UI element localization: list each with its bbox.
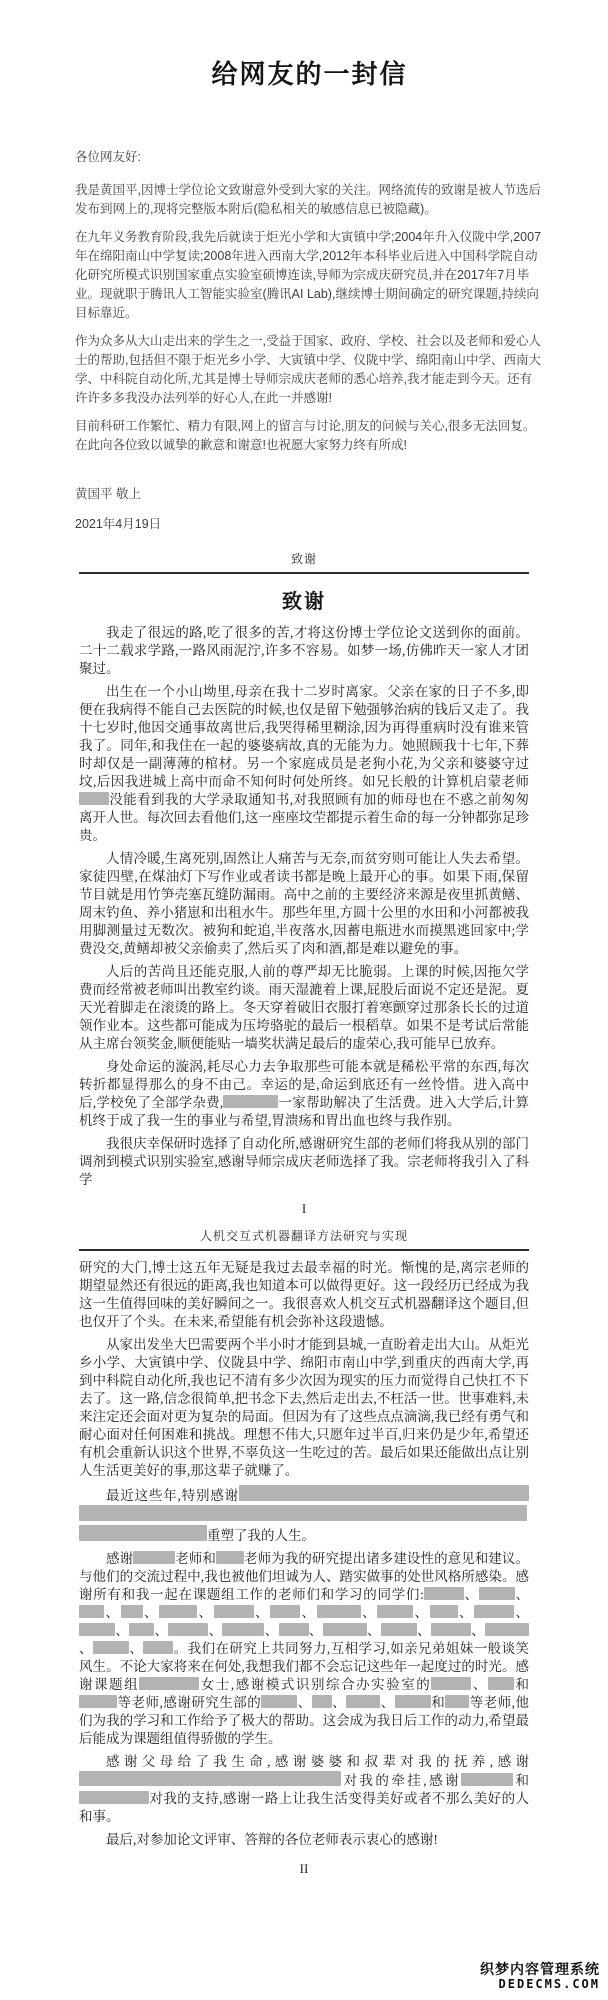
redaction-box (79, 1771, 229, 1786)
paragraph: 身处命运的漩涡,耗尽心力去争取那些可能本就是稀松平常的东西,每次转折都显得那么的… (79, 1058, 529, 1130)
running-header-thesis-title: 人机交互式机器翻译方法研究与实现 (79, 1229, 529, 1251)
redaction-box (79, 1505, 527, 1521)
running-header-acknowledgments: 致谢 (79, 552, 529, 574)
paragraph: 我是黄国平,因博士学位论文致谢意外受到大家的关注。网络流传的致谢是被人节选后发布… (75, 181, 544, 219)
acknowledgments-body-page-1: 我走了很远的路,吃了很多的苦,才将这份博士学位论文送到你的面前。二十二载求学路,… (79, 624, 529, 1189)
redaction-box (395, 1695, 431, 1708)
paragraph: 我很庆幸保研时选择了自动化所,感谢研究生部的老师们将我从别的部门调剂到模式识别实… (79, 1135, 529, 1189)
redaction-box (424, 1587, 464, 1600)
redaction-box (323, 1623, 367, 1636)
redaction-box (431, 1677, 471, 1690)
paragraph: 我走了很远的路,吃了很多的苦,才将这份博士学位论文送到你的面前。二十二载求学路,… (79, 624, 529, 678)
redaction-box (143, 1641, 173, 1654)
redaction-box (377, 1605, 413, 1618)
paragraph: 人情冷暖,生离死别,固然让人痛苦与无奈,而贫穷则可能让人失去希望。家徒四壁,在煤… (79, 850, 529, 958)
redaction-box (381, 1623, 417, 1636)
redaction-box (488, 1677, 514, 1690)
redaction-box (317, 1605, 361, 1618)
redaction-box (214, 1605, 254, 1618)
redaction-box (93, 1641, 129, 1654)
paragraph: 人后的苦尚且还能克服,人前的尊严却无比脆弱。上课的时候,因拖欠学费而经常被老师叫… (79, 963, 529, 1053)
redaction-box (431, 1623, 471, 1636)
paragraph: 最后,对参加论文评审、答辩的各位老师表示衷心的感谢! (79, 1831, 529, 1849)
redaction-box (239, 1485, 529, 1501)
thesis-page-2: 人机交互式机器翻译方法研究与实现 研究的大门,博士这五年无疑是我过去最幸福的时光… (0, 1229, 608, 1877)
redaction-box (445, 1695, 469, 1708)
redaction-box (430, 1605, 458, 1618)
paragraph: 目前科研工作繁忙、精力有限,网上的留言与讨论,朋友的问候与关心,很多无法回复。在… (75, 417, 544, 455)
letter-title: 给网友的一封信 (75, 58, 544, 90)
paragraph: 最近这些年,特别感谢重塑了我的人生。 (79, 1485, 529, 1545)
redaction-box (312, 1695, 332, 1708)
redaction-box (223, 1095, 278, 1108)
watermark-line2: DEDECMS.COM (480, 1977, 600, 1992)
redaction-box (479, 1587, 515, 1600)
thesis-page-1: 致谢 致谢 我走了很远的路,吃了很多的苦,才将这份博士学位论文送到你的面前。二十… (0, 552, 608, 1217)
redaction-box (461, 1773, 513, 1786)
paragraph: 在九年义务教育阶段,我先后就读于炬光小学和大寅镇中学;2004年升入仪陇中学,2… (75, 228, 544, 323)
redaction-box (139, 1677, 199, 1690)
redaction-box (474, 1605, 514, 1618)
redaction-box (121, 1605, 143, 1618)
acknowledgments-title: 致谢 (79, 590, 529, 614)
redaction-box (229, 1771, 341, 1786)
paragraph: 出生在一个小山坳里,母亲在我十二岁时离家。父亲在家的日子不多,即便在我病得不能自… (79, 683, 529, 845)
page-number-2: II (79, 1861, 529, 1877)
redaction-box (485, 1623, 529, 1636)
letter-signature: 黄国平 敬上 (75, 485, 544, 504)
redaction-box (79, 1791, 149, 1804)
redaction-box (222, 1623, 264, 1636)
redaction-box (79, 1695, 117, 1708)
redaction-box (270, 1605, 300, 1618)
redaction-box (346, 1695, 380, 1708)
document-page: 给网友的一封信 各位网友好: 我是黄国平,因博士学位论文致谢意外受到大家的关注。… (0, 0, 608, 2000)
redaction-box (79, 792, 109, 805)
letter-salutation: 各位网友好: (75, 148, 544, 167)
redaction-box (159, 1605, 197, 1618)
redaction-box (133, 1551, 175, 1564)
redaction-box (168, 1623, 208, 1636)
paragraph: 从家出发坐大巴需要两个半小时才能到县城,一直盼着走出大山。从炬光乡小学、大寅镇中… (79, 1336, 529, 1480)
redaction-box (129, 1623, 154, 1636)
redaction-box (261, 1695, 297, 1708)
redaction-box (79, 1525, 207, 1541)
watermark: 织梦内容管理系统 DEDECMS.COM (480, 1961, 600, 1992)
letter-date: 2021年4月19日 (75, 515, 544, 534)
watermark-line1: 织梦内容管理系统 (480, 1961, 600, 1977)
paragraph: 感谢父母给了我生命,感谢婆婆和叔辈对我的抚养,感谢对我的牵挂,感谢和对我的支持,… (79, 1753, 529, 1826)
letter-body: 我是黄国平,因博士学位论文致谢意外受到大家的关注。网络流传的致谢是被人节选后发布… (75, 181, 544, 455)
redaction-box (216, 1551, 244, 1564)
paragraph: 研究的大门,博士这五年无疑是我过去最幸福的时光。惭愧的是,离宗老师的期望显然还有… (79, 1259, 529, 1331)
redaction-box (279, 1623, 309, 1636)
letter-section: 给网友的一封信 各位网友好: 我是黄国平,因博士学位论文致谢意外受到大家的关注。… (0, 0, 608, 534)
redaction-box (79, 1623, 115, 1636)
paragraph: 感谢老师和老师为我的研究提出诸多建设性的意见和建议。与他们的交流过程中,我也被他… (79, 1550, 529, 1748)
page-number-1: I (79, 1201, 529, 1217)
paragraph: 作为众多从大山走出来的学生之一,受益于国家、政府、学校、社会以及老师和爱心人士的… (75, 332, 544, 408)
acknowledgments-body-page-2: 研究的大门,博士这五年无疑是我过去最幸福的时光。惭愧的是,离宗老师的期望显然还有… (79, 1259, 529, 1849)
redaction-box (79, 1605, 104, 1618)
